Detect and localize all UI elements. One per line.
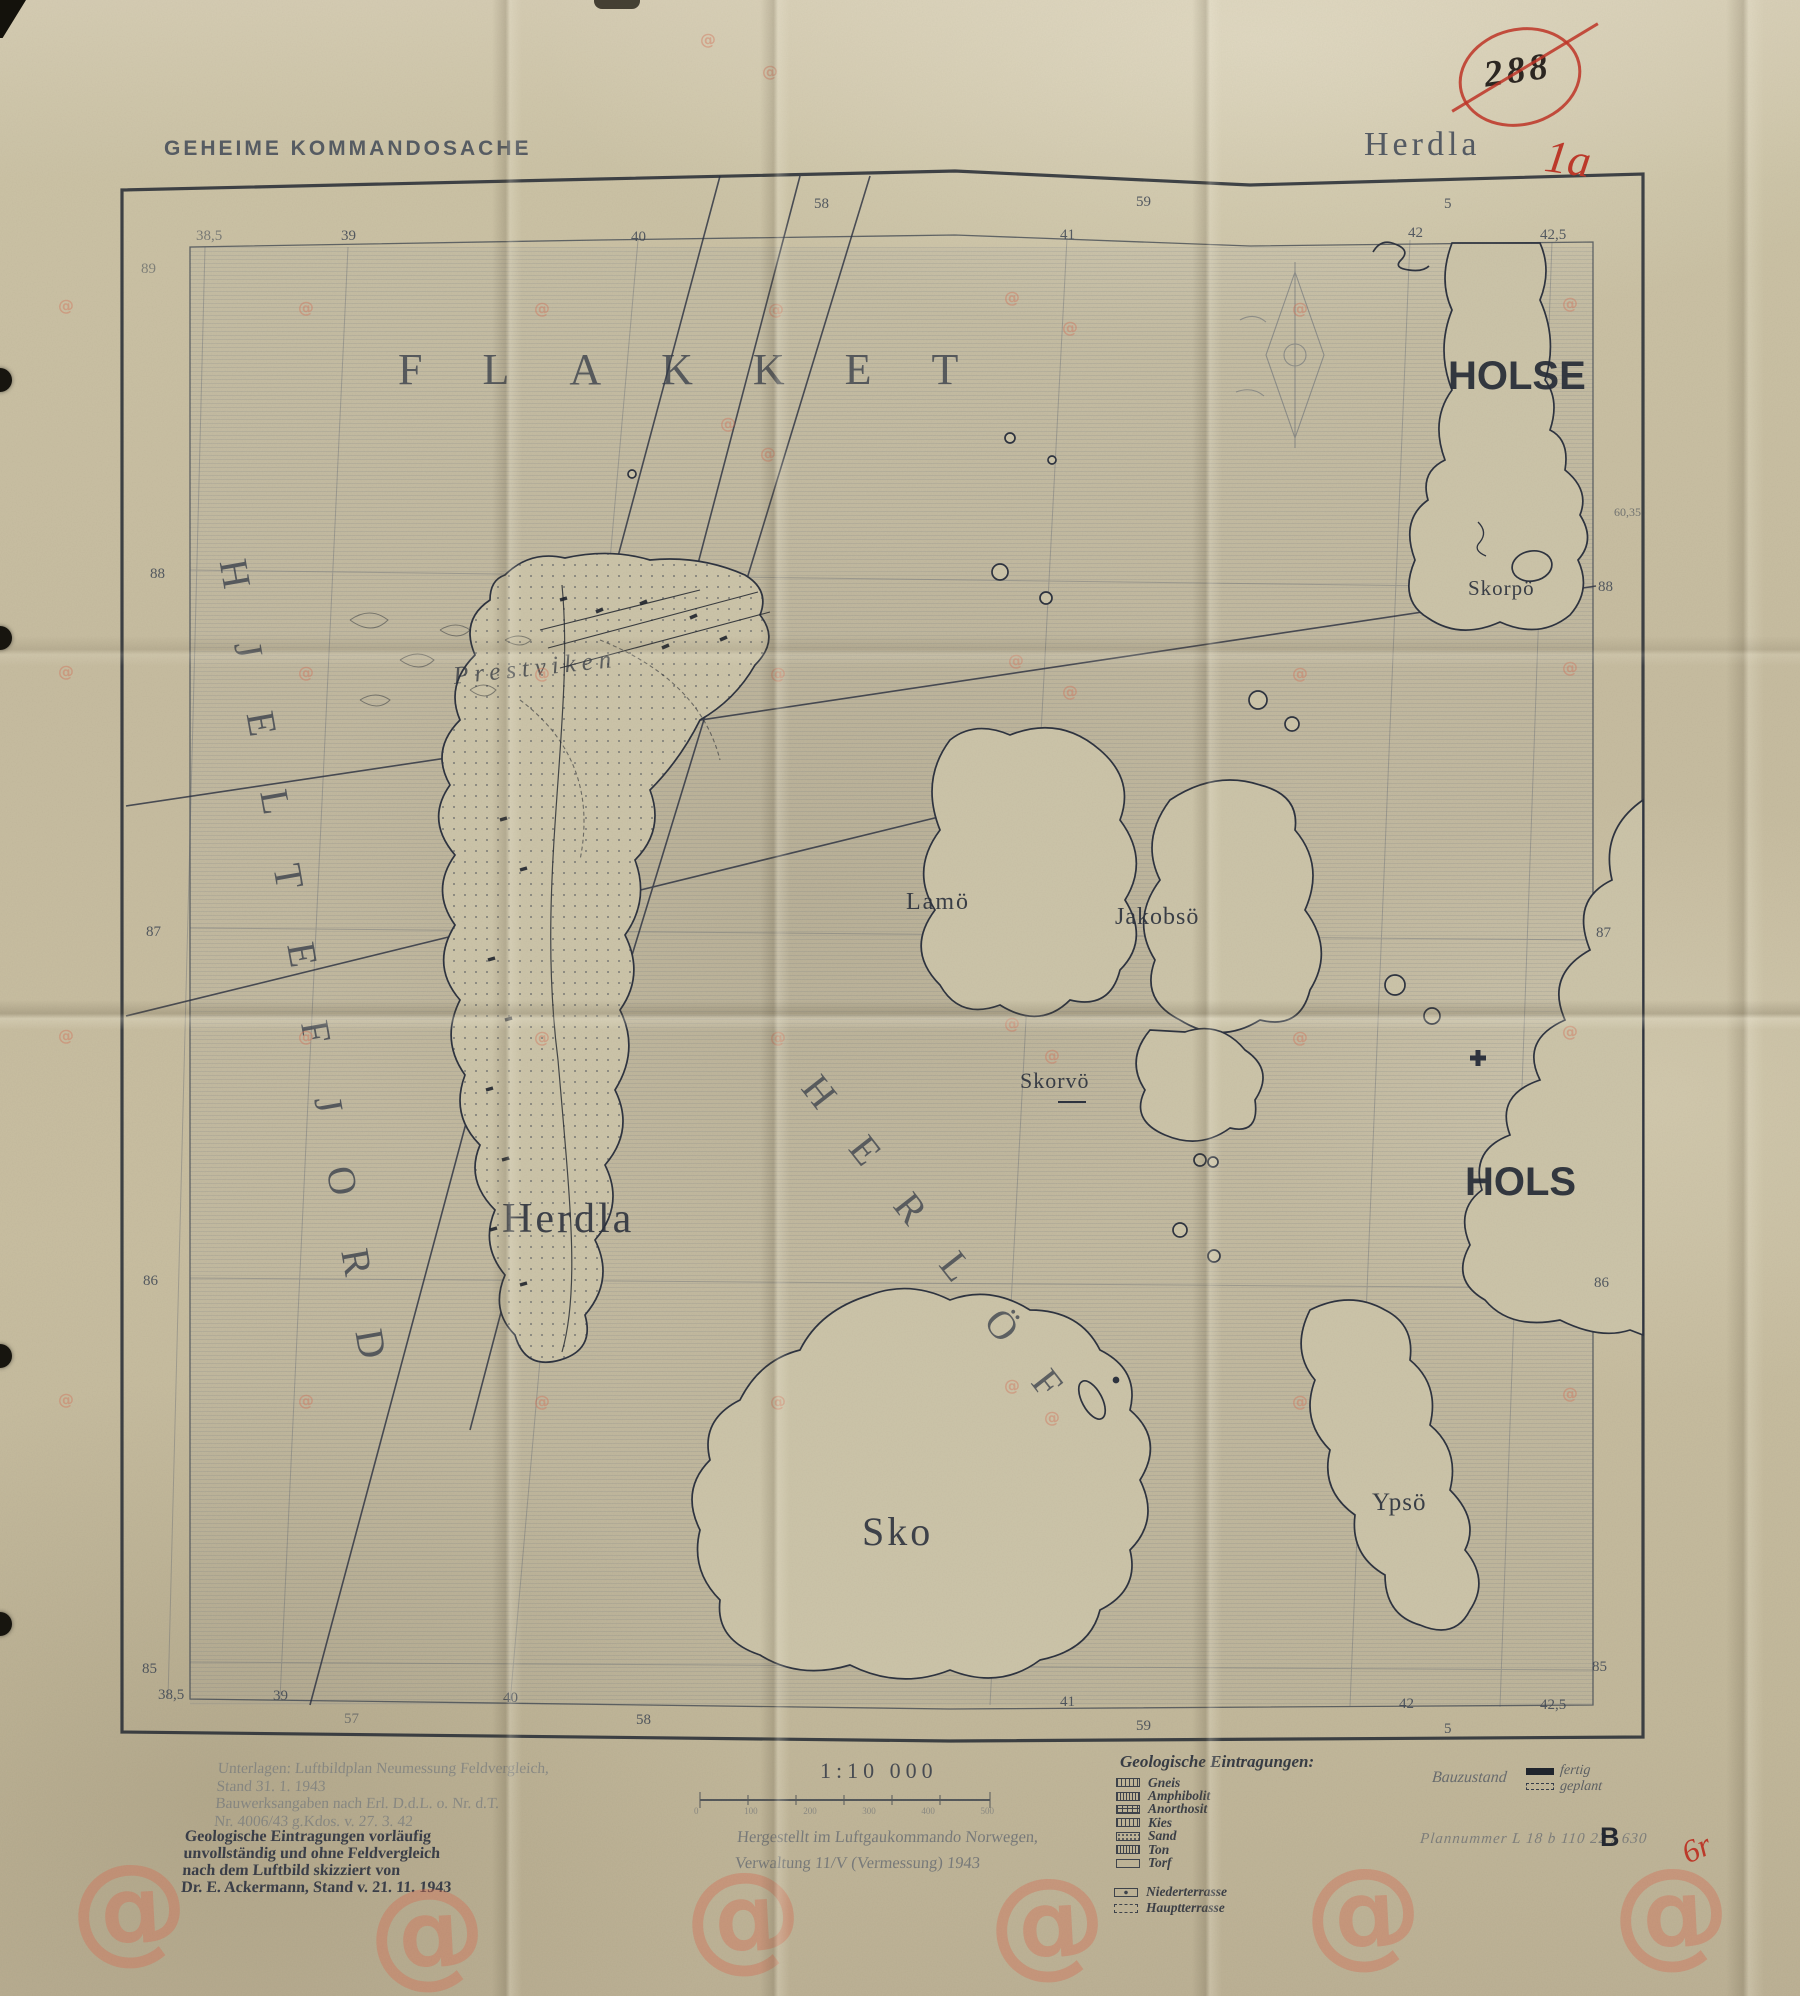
red-annotations: 288 1a 6r [0,0,1800,1996]
scanned-map-sheet: GEHEIME KOMMANDOSACHE Herdla FLAKKETHJEL… [0,0,1800,1996]
red-note-6r: 6r [1677,1828,1716,1869]
red-circle [1448,14,1592,139]
red-note-1a: 1a [1542,133,1594,185]
